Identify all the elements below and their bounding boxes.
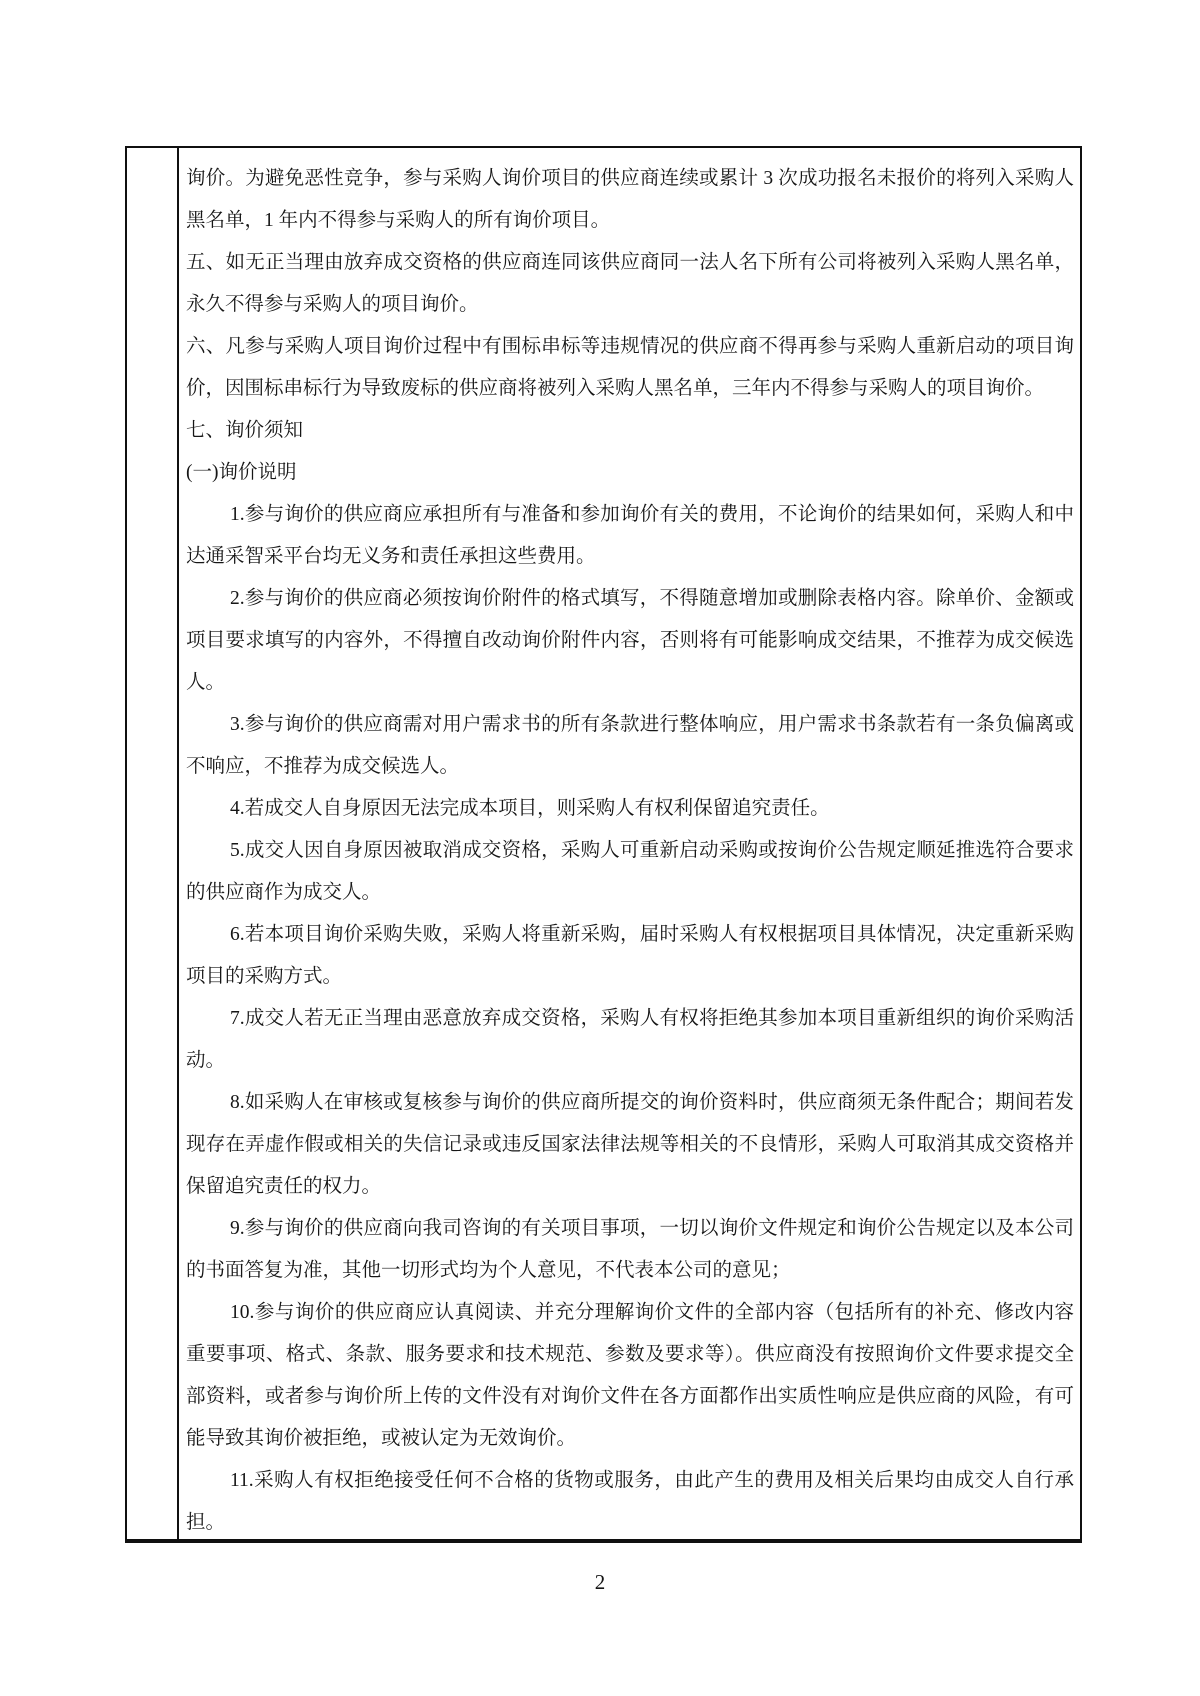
document-line: 重要事项、格式、条款、服务要求和技术规范、参数及要求等）。供应商没有按照询价文件… (186, 1334, 1074, 1376)
document-line: 六、凡参与采购人项目询价过程中有围标串标等违规情况的供应商不得再参与采购人重新启… (186, 326, 1074, 368)
document-line: 价，因围标串标行为导致废标的供应商将被列入采购人黑名单，三年内不得参与采购人的项… (186, 368, 1074, 410)
document-line: 人。 (186, 662, 1074, 704)
document-line: 能导致其询价被拒绝，或被认定为无效询价。 (186, 1418, 1074, 1460)
document-line: 9.参与询价的供应商向我司咨询的有关项目事项，一切以询价文件规定和询价公告规定以… (186, 1208, 1074, 1250)
document-line: 达通采智采平台均无义务和责任承担这些费用。 (186, 536, 1074, 578)
document-line: 询价。为避免恶性竞争，参与采购人询价项目的供应商连续或累计 3 次成功报名未报价… (186, 158, 1074, 200)
document-table: 询价。为避免恶性竞争，参与采购人询价项目的供应商连续或累计 3 次成功报名未报价… (125, 146, 1082, 1543)
document-line: 2.参与询价的供应商必须按询价附件的格式填写，不得随意增加或删除表格内容。除单价… (186, 578, 1074, 620)
document-page: 询价。为避免恶性竞争，参与采购人询价项目的供应商连续或累计 3 次成功报名未报价… (0, 0, 1200, 1696)
document-line: 4.若成交人自身原因无法完成本项目，则采购人有权利保留追究责任。 (186, 788, 1074, 830)
document-line: 黑名单，1 年内不得参与采购人的所有询价项目。 (186, 200, 1074, 242)
document-line: 7.成交人若无正当理由恶意放弃成交资格，采购人有权将拒绝其参加本项目重新组织的询… (186, 998, 1074, 1040)
document-line: 6.若本项目询价采购失败，采购人将重新采购，届时采购人有权根据项目具体情况，决定… (186, 914, 1074, 956)
document-line: 项目要求填写的内容外，不得擅自改动询价附件内容，否则将有可能影响成交结果，不推荐… (186, 620, 1074, 662)
document-line: 现存在弄虚作假或相关的失信记录或违反国家法律法规等相关的不良情形，采购人可取消其… (186, 1124, 1074, 1166)
page-number: 2 (0, 1570, 1200, 1595)
table-left-empty-cell (127, 148, 179, 1539)
document-line: 8.如采购人在审核或复核参与询价的供应商所提交的询价资料时，供应商须无条件配合；… (186, 1082, 1074, 1124)
document-line: 永久不得参与采购人的项目询价。 (186, 284, 1074, 326)
document-line: 项目的采购方式。 (186, 956, 1074, 998)
document-line: 保留追究责任的权力。 (186, 1166, 1074, 1208)
document-line: 10.参与询价的供应商应认真阅读、并充分理解询价文件的全部内容（包括所有的补充、… (186, 1292, 1074, 1334)
document-line: 部资料，或者参与询价所上传的文件没有对询价文件在各方面都作出实质性响应是供应商的… (186, 1376, 1074, 1418)
document-line: (一)询价说明 (186, 452, 1074, 494)
document-line: 七、询价须知 (186, 410, 1074, 452)
document-line: 不响应，不推荐为成交候选人。 (186, 746, 1074, 788)
document-line: 5.成交人因自身原因被取消成交资格，采购人可重新启动采购或按询价公告规定顺延推选… (186, 830, 1074, 872)
table-content-cell: 询价。为避免恶性竞争，参与采购人询价项目的供应商连续或累计 3 次成功报名未报价… (179, 148, 1080, 1539)
document-line: 五、如无正当理由放弃成交资格的供应商连同该供应商同一法人名下所有公司将被列入采购… (186, 242, 1074, 284)
document-line: 的供应商作为成交人。 (186, 872, 1074, 914)
document-line: 动。 (186, 1040, 1074, 1082)
document-line: 3.参与询价的供应商需对用户需求书的所有条款进行整体响应，用户需求书条款若有一条… (186, 704, 1074, 746)
document-line: 11.采购人有权拒绝接受任何不合格的货物或服务，由此产生的费用及相关后果均由成交… (186, 1460, 1074, 1502)
document-line: 的书面答复为准，其他一切形式均为个人意见，不代表本公司的意见； (186, 1250, 1074, 1292)
document-line: 担。 (186, 1502, 1074, 1539)
document-line: 1.参与询价的供应商应承担所有与准备和参加询价有关的费用，不论询价的结果如何，采… (186, 494, 1074, 536)
